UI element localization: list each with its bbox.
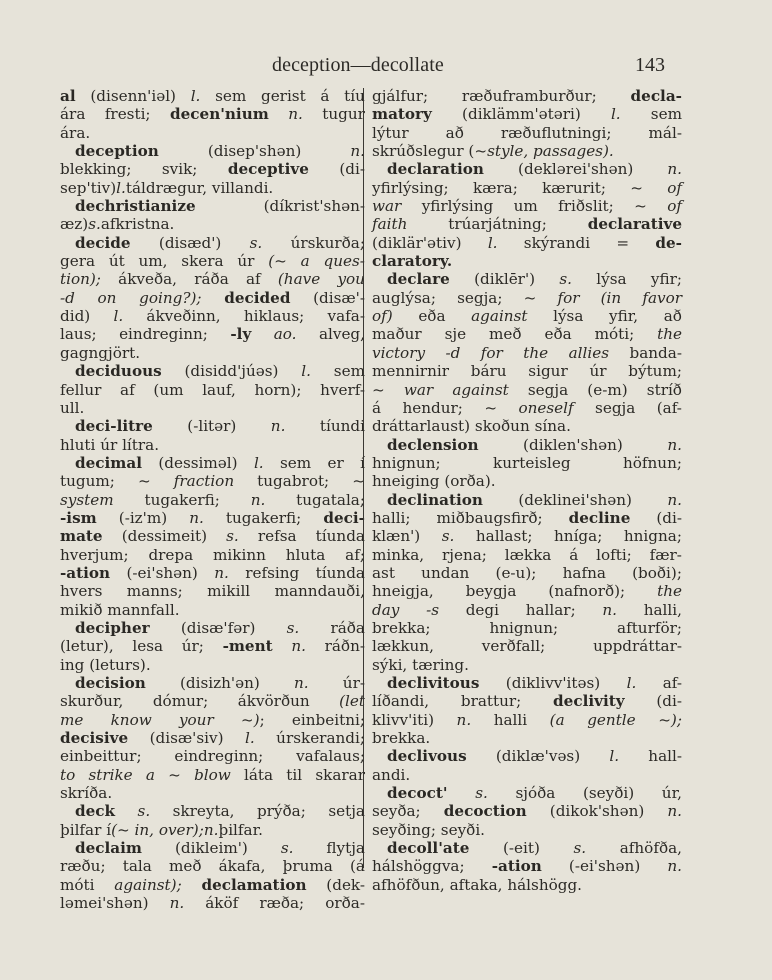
entry-text-line: mikið mannfall. (60, 601, 365, 619)
entry-text-line: of)eðaagainstlýsayfir,að (372, 307, 682, 325)
entry-text-line: æz) s. afkristna. (60, 215, 365, 233)
entry-text-line: hálshöggva;-ation(-ei'shən)n. (372, 857, 682, 875)
entry-text-line: mótiagainst);declamation(dek- (60, 876, 365, 894)
entry-text-line: -ation(-ei'shən)n.refsingtíunda (60, 564, 365, 582)
entry-text-line: hneiging (orða). (372, 472, 682, 490)
entry-text-line: tion);ákveða,ráðaaf(haveyou (60, 270, 365, 288)
entry-text-line: halli;miðbaugsfirð;decline(di- (372, 509, 682, 527)
entry-text-line: al(disenn'iəl)l.semgeristátíu (60, 87, 365, 105)
entry-text-line: hversmanns;mikillmanndauði, (60, 582, 365, 600)
entry-text-line: ləmei'shən)n.áköfræða;orða- (60, 894, 365, 912)
entry-headword-line: deciduous(disidd'júəs)l.sem (60, 362, 365, 380)
entry-text-line: felluraf(umlauf,horn);hverf- (60, 381, 365, 399)
entry-text-line: (diklär'ətiv)l.skýrandi=de- (372, 234, 682, 252)
left-column: al(disenn'iəl)l.semgeristátíuárafresti;d… (60, 87, 365, 912)
entry-text-line: did)l.ákveðinn,hiklaus;vafa- (60, 307, 365, 325)
entry-text-line: laus;eindreginn;-lyao.alveg, (60, 325, 365, 343)
running-head-title: deception—decollate (272, 54, 444, 77)
entry-headword-line: declare(diklēr')s.lýsayfir; (372, 270, 682, 288)
entry-headword-line: decimal(dessiməl)l.semerí (60, 454, 365, 472)
entry-text-line: astundan(e-u);hafna(boði); (372, 564, 682, 582)
right-column: gjálfur;ræðuframburður;decla-matory(dikl… (372, 87, 682, 894)
entry-headword-line: decoll'ate(-eit)s.afhöfða, (372, 839, 682, 857)
entry-text-line: hluti úr lítra. (60, 436, 365, 454)
entry-text-line: tostrikea~blowlátatilskarar (60, 766, 365, 784)
entry-text-line: líðandi,brattur;declivity(di- (372, 692, 682, 710)
entry-headword-line: declension(diklen'shən)n. (372, 436, 682, 454)
entry-text-line: klivv'iti)n.halli(agentle~); (372, 711, 682, 729)
entry-text-line: hneigja,beygja(nafnorð);the (372, 582, 682, 600)
entry-headword-line: declivous(diklæ'vəs)l.hall- (372, 747, 682, 765)
entry-text-line: brekka. (372, 729, 682, 747)
entry-text-line: ull. (60, 399, 365, 417)
entry-text-line: þilfar í (~ in, over); n. þilfar. (60, 821, 365, 839)
entry-text-line: geraútum,skeraúr(~aques- (60, 252, 365, 270)
page-number: 143 (635, 54, 665, 77)
entry-text-line: yfirlýsing;kæra;kærurit;~of (372, 179, 682, 197)
entry-text-line: ára. (60, 124, 365, 142)
column-divider (363, 88, 364, 868)
entry-headword-line: deci-litre(-litər)n.tíundi (60, 417, 365, 435)
entry-text-line: -ism(-iz'm)n.tugakerfi;deci- (60, 509, 365, 527)
entry-text-line: decisive(disæ'siv)l.úrskerandi; (60, 729, 365, 747)
entry-text-line: maðursjemeðeðamóti;the (372, 325, 682, 343)
entry-text-line: árafresti;decen'niumn.tugur (60, 105, 365, 123)
entry-headword-line: decipher(disæ'fər)s.ráða (60, 619, 365, 637)
entry-text-line: mate(dessimeit)s.refsatíunda (60, 527, 365, 545)
entry-text-line: seyðing; seyði. (372, 821, 682, 839)
entry-text-line: (letur),lesaúr;-mentn.ráðn- (60, 637, 365, 655)
entry-text-line: faithtrúarjátning;declarative (372, 215, 682, 233)
entry-text-line: blekking;svik;deceptive(di- (60, 160, 365, 178)
entry-text-line: skurður,dómur;ákvörðun(let (60, 692, 365, 710)
entry-headword-line: decoct's.sjóða(seyði)úr, (372, 784, 682, 802)
entry-text-line: victory-dforthealliesbanda- (372, 344, 682, 362)
entry-text-line: sýki, tæring. (372, 656, 682, 674)
entry-text-line: einbeittur;eindreginn;vafalaus; (60, 747, 365, 765)
entry-text-line: claratory. (372, 252, 682, 270)
entry-text-line: day-sdegihallar;n.halli, (372, 601, 682, 619)
entry-text-line: klæn')s.hallast;hníga;hnigna; (372, 527, 682, 545)
entry-text-line: skrúðslegur (~ style, passages). (372, 142, 682, 160)
entry-text-line: afhöfðun, aftaka, hálshögg. (372, 876, 682, 894)
entry-text-line: gjálfur;ræðuframburður;decla- (372, 87, 682, 105)
entry-text-line: hnignun;kurteisleghöfnun; (372, 454, 682, 472)
entry-headword-line: declaration(deklərei'shən)n. (372, 160, 682, 178)
entry-text-line: meknowyour~);einbeitni; (60, 711, 365, 729)
entry-text-line: ~waragainstsegja(e-m)stríð (372, 381, 682, 399)
entry-text-line: dráttarlaust) skoðun sína. (372, 417, 682, 435)
entry-text-line: tugum;~fractiontugabrot;~ (60, 472, 365, 490)
entry-headword-line: decks.skreyta,prýða;setja (60, 802, 365, 820)
entry-text-line: áhendur;~oneselfsegja(af- (372, 399, 682, 417)
entry-headword-line: declaim(dikleim')s.flytja (60, 839, 365, 857)
entry-text-line: sep'tiv) l. táldrægur, villandi. (60, 179, 365, 197)
entry-text-line: mennirnirbárusigurúrbýtum; (372, 362, 682, 380)
entry-text-line: gagngjört. (60, 344, 365, 362)
entry-text-line: systemtugakerfi;n.tugatala; (60, 491, 365, 509)
entry-headword-line: decide(disæd')s.úrskurða; (60, 234, 365, 252)
entry-headword-line: dechristianize(díkrist'shən- (60, 197, 365, 215)
entry-text-line: andi. (372, 766, 682, 784)
running-header: deception—decollate 143 (0, 54, 772, 80)
entry-text-line: matory(diklämm'ətəri)l.sem (372, 105, 682, 123)
entry-text-line: lýturaðræðuflutningi;mál- (372, 124, 682, 142)
entry-text-line: waryfirlýsingumfriðslit;~of (372, 197, 682, 215)
entry-headword-line: declination(deklinei'shən)n. (372, 491, 682, 509)
entry-text-line: auglýsa;segja;~for(infavor (372, 289, 682, 307)
entry-text-line: ræðu;talameðákafa,þruma(á (60, 857, 365, 875)
entry-text-line: minka,rjena;lækkaálofti;fær- (372, 546, 682, 564)
entry-text-line: -dongoing?);decided(disæ'- (60, 289, 365, 307)
entry-text-line: brekka;hnignun;afturför; (372, 619, 682, 637)
entry-headword-line: deception(disep'shən)n. (60, 142, 365, 160)
entry-headword-line: decision(disizh'ən)n.úr- (60, 674, 365, 692)
entry-text-line: skríða. (60, 784, 365, 802)
entry-text-line: seyða;decoction(dikok'shən)n. (372, 802, 682, 820)
entry-text-line: hverjum;drepamikinnhlutaaf; (60, 546, 365, 564)
entry-text-line: ing (leturs). (60, 656, 365, 674)
entry-headword-line: declivitous(diklivv'itəs)l.af- (372, 674, 682, 692)
entry-text-line: lækkun,verðfall;uppdráttar- (372, 637, 682, 655)
